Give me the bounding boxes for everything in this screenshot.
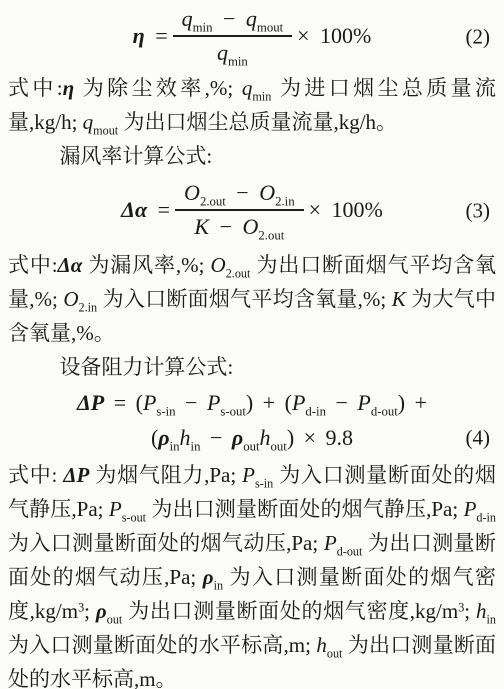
variable: q xyxy=(182,6,193,31)
subscript: d-out xyxy=(337,544,363,558)
eq3-lhs: Δα = xyxy=(121,197,170,223)
variable-bold: ΔP xyxy=(77,390,104,415)
eq2-rhs: × 100% xyxy=(297,23,371,49)
paragraph-eq2-explanation: 式中:η 为除尘效率,%; qmin 为进口烟尘总质量流量,kg/h; qmou… xyxy=(8,71,496,139)
text-run: ) + xyxy=(398,390,427,415)
text-run: 为出口测量断面处的烟气静压,Pa; xyxy=(146,497,464,521)
text-run: − xyxy=(209,214,242,239)
variable: h xyxy=(260,425,271,450)
variable: P xyxy=(464,497,477,521)
subscript: 2.in xyxy=(79,300,98,314)
eq4-line2: (ρinhin − ρouthout) × 9.8 xyxy=(151,425,353,450)
text-run: = ( xyxy=(104,390,143,415)
eq2-fraction: qmin − qmout qmin xyxy=(173,6,292,66)
eq3-denominator: K − O2.out xyxy=(194,211,284,240)
variable: K xyxy=(392,287,406,311)
variable: O xyxy=(211,253,226,277)
variable: q xyxy=(83,110,94,134)
variable: P xyxy=(143,390,156,415)
text-run: − xyxy=(176,390,207,415)
subscript: min xyxy=(193,21,213,35)
variable-bold: ρ xyxy=(232,425,243,450)
variable: h xyxy=(316,633,327,657)
text-run: − xyxy=(326,390,357,415)
variable: P xyxy=(109,497,122,521)
variable-bold: η xyxy=(63,76,75,100)
text-run: − xyxy=(226,180,259,205)
variable: q xyxy=(242,76,253,100)
subscript: 2.out xyxy=(200,195,226,209)
variable-bold: Δα xyxy=(58,253,83,277)
heading-resistance-formula: 设备阻力计算公式: xyxy=(8,350,496,384)
text-run: − xyxy=(200,425,231,450)
subscript: d-in xyxy=(476,510,496,524)
eq3-rhs: × 100% xyxy=(309,197,383,223)
text-run: ; xyxy=(84,599,96,623)
text-run: 式中: xyxy=(8,253,58,277)
variable: q xyxy=(217,40,228,65)
subscript: 2.in xyxy=(275,195,294,209)
eq2-denominator: qmin xyxy=(217,37,248,66)
subscript: 2.out xyxy=(226,266,251,280)
document-page: η = qmin − qmout qmin × 100% (2) 式中:η 为除… xyxy=(0,0,504,689)
subscript: s-out xyxy=(220,405,246,419)
eq4-line1: ΔP = (Ps-in − Ps-out) + (Pd-in − Pd-out)… xyxy=(8,385,496,420)
text-run: = xyxy=(147,197,170,222)
subscript: in xyxy=(191,440,201,454)
text-run: − xyxy=(212,6,245,31)
variable: P xyxy=(242,463,255,487)
eq3-numerator: O2.out − O2.in xyxy=(175,180,304,211)
text-run: 为漏风率,%; xyxy=(82,253,210,277)
subscript: s-in xyxy=(156,405,175,419)
eq2-lhs: η = xyxy=(133,23,168,49)
subscript: d-out xyxy=(371,405,398,419)
variable-bold: ρ xyxy=(158,425,169,450)
variable-bold: ρ xyxy=(96,599,107,623)
text-run: 式中: xyxy=(8,76,63,100)
text-run: ) + ( xyxy=(246,390,292,415)
variable-bold: ρ xyxy=(203,565,214,589)
eq2-numerator: qmin − qmout xyxy=(173,6,292,37)
subscript: out xyxy=(107,612,123,626)
subscript: in xyxy=(170,440,180,454)
text-run: 为入口测量断面处的水平标高,m; xyxy=(8,633,316,657)
variable: O xyxy=(63,287,78,311)
variable: h xyxy=(180,425,191,450)
variable: q xyxy=(246,6,257,31)
eq4-number: (4) xyxy=(466,420,491,455)
subscript: out xyxy=(327,646,343,660)
subscript: 2.out xyxy=(258,229,284,243)
subscript: min xyxy=(228,55,248,69)
eq3-fraction: O2.out − O2.in K − O2.out xyxy=(175,180,304,240)
variable: P xyxy=(207,390,220,415)
variable: K xyxy=(194,214,209,239)
variable: P xyxy=(324,531,337,555)
variable: O xyxy=(243,214,259,239)
eq3-number: (3) xyxy=(466,198,491,223)
subscript: min xyxy=(252,89,271,103)
subscript: s-out xyxy=(122,510,146,524)
subscript: mout xyxy=(257,21,283,35)
variable: O xyxy=(184,180,200,205)
text-run: × 100% xyxy=(309,197,383,222)
subscript: s-in xyxy=(255,476,273,490)
subscript: out xyxy=(243,440,259,454)
subscript: in xyxy=(214,578,223,592)
text-run: 式中: xyxy=(8,463,63,487)
heading-leakage-formula: 漏风率计算公式: xyxy=(8,139,496,173)
eq2-number: (2) xyxy=(466,24,491,49)
variable-bold: ΔP xyxy=(63,463,89,487)
text-run: 为入口测量断面处的烟气动压,Pa; xyxy=(8,531,324,555)
text-run: 为除尘效率,%; xyxy=(74,76,242,100)
variable: P xyxy=(292,390,305,415)
text-run: 为出口烟尘总质量流量,kg/h。 xyxy=(118,110,397,134)
subscript: in xyxy=(487,612,496,626)
subscript: mout xyxy=(93,123,118,137)
variable-bold: η xyxy=(133,23,145,48)
text-run: 为出口测量断面处的烟气密度,kg/m xyxy=(122,599,458,623)
paragraph-eq4-explanation: 式中: ΔP 为烟气阻力,Pa; Ps-in 为入口测量断面处的烟气静压,Pa;… xyxy=(8,458,496,689)
equation-4: ΔP = (Ps-in − Ps-out) + (Pd-in − Pd-out)… xyxy=(8,384,496,458)
text-run: ; xyxy=(464,599,476,623)
variable-bold: Δα xyxy=(121,197,147,222)
text-run: ) × 9.8 xyxy=(287,425,353,450)
equation-3: Δα = O2.out − O2.in K − O2.out × 100% (3… xyxy=(8,173,496,248)
text-run: 为烟气阻力,Pa; xyxy=(89,463,242,487)
paragraph-eq3-explanation: 式中:Δα 为漏风率,%; O2.out 为出口断面烟气平均含氧量,%; O2.… xyxy=(8,248,496,350)
equation-2: η = qmin − qmout qmin × 100% (2) xyxy=(8,2,496,71)
text-run: = xyxy=(145,23,168,48)
subscript: out xyxy=(271,440,287,454)
variable: h xyxy=(476,599,487,623)
variable: P xyxy=(357,390,370,415)
text-run: 为入口断面烟气平均含氧量,%; xyxy=(97,287,392,311)
subscript: d-in xyxy=(305,405,326,419)
text-run: × 100% xyxy=(297,23,371,48)
eq4-line2-row: (ρinhin − ρouthout) × 9.8 (4) xyxy=(8,420,496,455)
variable: O xyxy=(259,180,275,205)
